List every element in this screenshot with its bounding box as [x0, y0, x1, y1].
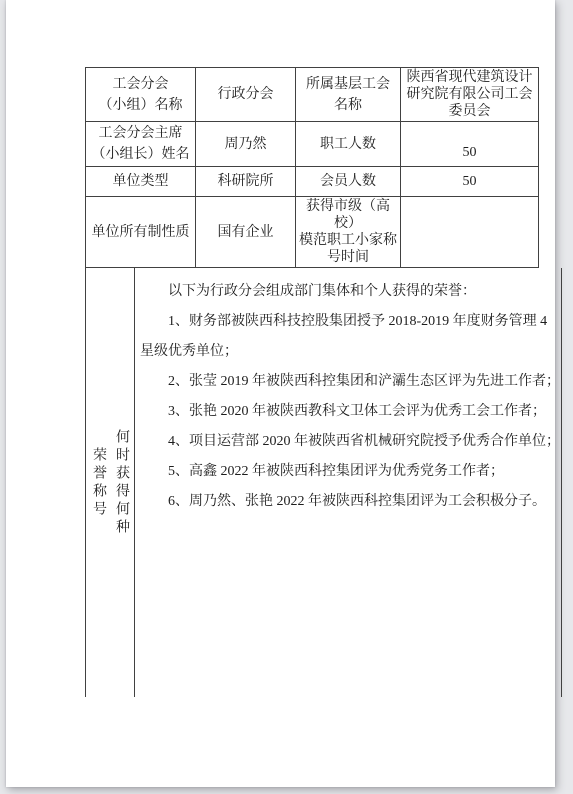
model-home-title-time-label: 获得市级（高校） 模范职工小家称 号时间 — [296, 197, 401, 268]
chairman-name-value: 周乃然 — [196, 122, 296, 167]
union-branch-form: 工会分会 （小组）名称 行政分会 所属基层工会 名称 陕西省现代建筑设计 研究院… — [85, 67, 562, 697]
member-count-value: 50 — [401, 167, 539, 197]
honor-item-line: 5、高鑫 2022 年被陕西科控集团评为优秀党务工作者； — [140, 457, 560, 487]
info-table: 工会分会 （小组）名称 行政分会 所属基层工会 名称 陕西省现代建筑设计 研究院… — [85, 67, 539, 268]
staff-count-value: 50 — [401, 122, 539, 167]
table-row: 何时获得何种荣誉称号 以下为行政分会组成部门集体和个人获得的荣誉： 1、财务部被… — [86, 268, 562, 697]
ownership-type-label: 单位所有制性质 — [86, 197, 196, 268]
honor-title-label-cell: 何时获得何种荣誉称号 — [86, 268, 135, 697]
honor-title-vertical-label: 何时获得何种荣誉称号 — [87, 428, 133, 538]
table-row: 工会分会 （小组）名称 行政分会 所属基层工会 名称 陕西省现代建筑设计 研究院… — [86, 68, 539, 122]
model-home-title-time-value — [401, 197, 539, 268]
document-page: 工会分会 （小组）名称 行政分会 所属基层工会 名称 陕西省现代建筑设计 研究院… — [6, 0, 555, 787]
basic-union-name-value: 陕西省现代建筑设计 研究院有限公司工会 委员会 — [401, 68, 539, 122]
honors-intro-line: 以下为行政分会组成部门集体和个人获得的荣誉： — [140, 277, 560, 307]
table-row: 工会分会主席 （小组长）姓名 周乃然 职工人数 50 — [86, 122, 539, 167]
honor-item-line: 3、张艳 2020 年被陕西教科文卫体工会评为优秀工会工作者； — [140, 397, 560, 427]
honor-item-line: 2、张莹 2019 年被陕西科控集团和浐灞生态区评为先进工作者； — [140, 367, 560, 397]
honors-table: 何时获得何种荣誉称号 以下为行政分会组成部门集体和个人获得的荣誉： 1、财务部被… — [85, 268, 562, 697]
table-row: 单位所有制性质 国有企业 获得市级（高校） 模范职工小家称 号时间 — [86, 197, 539, 268]
chairman-name-label: 工会分会主席 （小组长）姓名 — [86, 122, 196, 167]
union-branch-name-value: 行政分会 — [196, 68, 296, 122]
screen-background: 工会分会 （小组）名称 行政分会 所属基层工会 名称 陕西省现代建筑设计 研究院… — [0, 0, 573, 794]
member-count-label: 会员人数 — [296, 167, 401, 197]
honor-item-line: 6、周乃然、张艳 2022 年被陕西科控集团评为工会积极分子。 — [140, 487, 560, 517]
honor-item-line: 4、项目运营部 2020 年被陕西省机械研究院授予优秀合作单位； — [140, 427, 560, 457]
union-branch-name-label: 工会分会 （小组）名称 — [86, 68, 196, 122]
staff-count-label: 职工人数 — [296, 122, 401, 167]
table-row: 单位类型 科研院所 会员人数 50 — [86, 167, 539, 197]
unit-type-label: 单位类型 — [86, 167, 196, 197]
ownership-type-value: 国有企业 — [196, 197, 296, 268]
honors-content-cell: 以下为行政分会组成部门集体和个人获得的荣誉： 1、财务部被陕西科技控股集团授予 … — [135, 268, 562, 697]
honor-item-line: 1、财务部被陕西科技控股集团授予 2018-2019 年度财务管理 4 — [140, 307, 560, 337]
unit-type-value: 科研院所 — [196, 167, 296, 197]
honors-list: 以下为行政分会组成部门集体和个人获得的荣誉： 1、财务部被陕西科技控股集团授予 … — [136, 269, 560, 517]
basic-union-name-label: 所属基层工会 名称 — [296, 68, 401, 122]
honor-item-continuation-line: 星级优秀单位； — [140, 337, 560, 367]
